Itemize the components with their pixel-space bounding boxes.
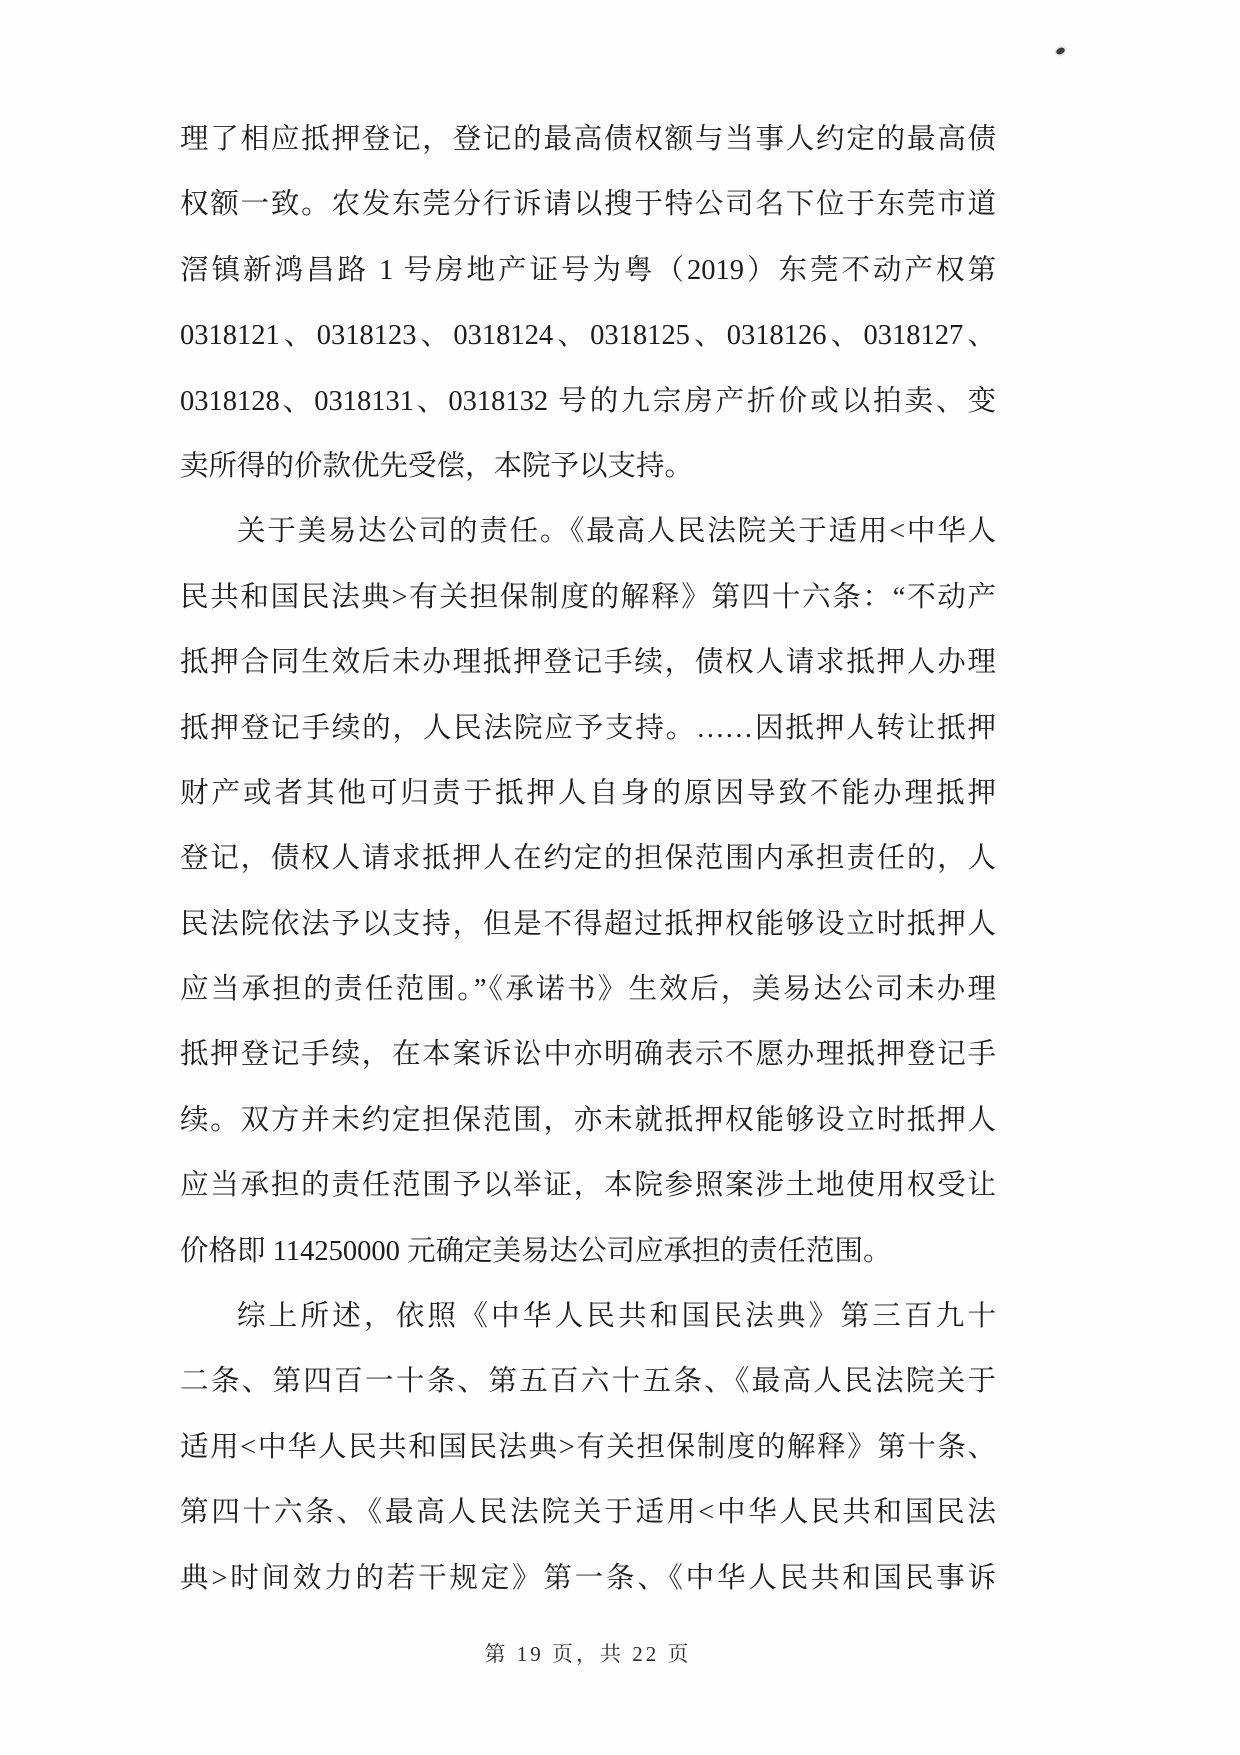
scan-speck [1055, 46, 1066, 55]
text-line: 抵押登记手续，在本案诉讼中亦明确表示不愿办理抵押登记手 [180, 1022, 996, 1087]
text-line: 第四十六条、《最高人民法院关于适用<中华人民共和国民法 [180, 1480, 996, 1545]
text-line: 适用<中华人民共和国民法典>有关担保制度的解释》第十条、 [180, 1415, 996, 1480]
text-line: 应当承担的责任范围予以举证，本院参照案涉土地使用权受让 [180, 1153, 996, 1218]
text-line: 二条、第四百一十条、第五百六十五条、《最高人民法院关于 [180, 1349, 996, 1414]
text-line: 登记，债权人请求抵押人在约定的担保范围内承担责任的，人 [180, 826, 996, 891]
text-line: 典>时间效力的若干规定》第一条、《中华人民共和国民事诉 [180, 1546, 996, 1611]
text-line: 滘镇新鸿昌路 1 号房地产证号为粤（2019）东莞不动产权第 [180, 238, 996, 303]
document-body: 理了相应抵押登记，登记的最高债权额与当事人约定的最高债权额一致。农发东莞分行诉请… [180, 107, 996, 1611]
text-line: 理了相应抵押登记，登记的最高债权额与当事人约定的最高债 [180, 107, 996, 172]
text-line: 综上所述，依照《中华人民共和国民法典》第三百九十 [180, 1284, 996, 1349]
page-number: 第 19 页，共 22 页 [180, 1638, 996, 1668]
text-line: 0318121、0318123、0318124、0318125、0318126、… [180, 303, 996, 368]
text-line: 抵押登记手续的，人民法院应予支持。……因抵押人转让抵押 [180, 696, 996, 761]
document-page: 理了相应抵押登记，登记的最高债权额与当事人约定的最高债权额一致。农发东莞分行诉请… [0, 0, 1240, 1755]
text-line: 财产或者其他可归责于抵押人自身的原因导致不能办理抵押 [180, 761, 996, 826]
text-line: 应当承担的责任范围。”《承诺书》生效后，美易达公司未办理 [180, 957, 996, 1022]
text-line: 关于美易达公司的责任。《最高人民法院关于适用<中华人 [180, 499, 996, 564]
text-line: 价格即 114250000 元确定美易达公司应承担的责任范围。 [180, 1219, 996, 1284]
text-line: 民共和国民法典>有关担保制度的解释》第四十六条：“不动产 [180, 565, 996, 630]
text-line: 卖所得的价款优先受偿，本院予以支持。 [180, 434, 996, 499]
text-line: 民法院依法予以支持，但是不得超过抵押权能够设立时抵押人 [180, 892, 996, 957]
text-line: 续。双方并未约定担保范围，亦未就抵押权能够设立时抵押人 [180, 1088, 996, 1153]
text-line: 权额一致。农发东莞分行诉请以搜于特公司名下位于东莞市道 [180, 172, 996, 237]
text-line: 抵押合同生效后未办理抵押登记手续，债权人请求抵押人办理 [180, 630, 996, 695]
text-line: 0318128、0318131、0318132 号的九宗房产折价或以拍卖、变 [180, 369, 996, 434]
